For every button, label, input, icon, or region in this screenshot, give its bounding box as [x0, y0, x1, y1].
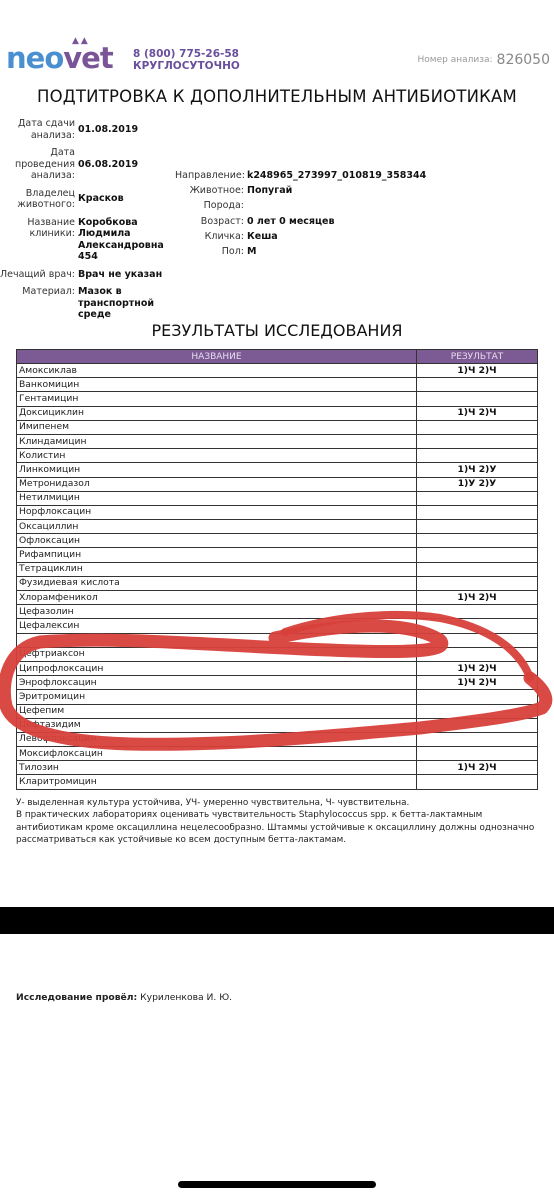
legend-notes: У- выделенная культура устойчива, УЧ- ум…	[16, 797, 546, 847]
signature: Исследование провёл: Куриленкова И. Ю.	[16, 992, 232, 1003]
phone-hours: КРУГЛОСУТОЧНО	[133, 60, 240, 72]
antibiotic-result	[417, 420, 538, 434]
antibiotic-name: Колистин	[17, 449, 417, 463]
info-value: 0 лет 0 месяцев	[247, 216, 426, 228]
table-row: Доксициклин1)Ч 2)Ч	[17, 406, 538, 420]
redaction-bar	[0, 907, 554, 934]
table-row: Норфлоксацин	[17, 505, 538, 519]
info-label: Название клиники:	[0, 217, 78, 263]
info-row: Пол:М	[175, 246, 426, 258]
info-value: Мазок в транспортной среде	[78, 286, 175, 321]
table-row: Имипенем	[17, 420, 538, 434]
signature-name: Куриленкова И. Ю.	[140, 992, 232, 1003]
table-row: Колистин	[17, 449, 538, 463]
neovet-logo: ▲▲ neovet	[6, 44, 113, 73]
info-row: Направление:k248965_273997_010819_358344	[175, 170, 426, 182]
info-label: Дата сдачи анализа:	[0, 118, 78, 141]
table-row: Цефтриаксон	[17, 647, 538, 661]
table-row: Цефепим	[17, 704, 538, 718]
antibiotic-name: Офлоксацин	[17, 534, 417, 548]
table-row: Тилозин1)Ч 2)Ч	[17, 761, 538, 775]
column-header-name: НАЗВАНИЕ	[17, 350, 417, 364]
table-row: Фузидиевая кислота	[17, 576, 538, 590]
home-indicator[interactable]	[178, 1181, 376, 1188]
antibiotic-result	[417, 378, 538, 392]
antibiotic-result	[417, 732, 538, 746]
antibiotic-result: 1)У 2)У	[417, 477, 538, 491]
antibiotic-result	[417, 747, 538, 761]
antibiotic-name: Моксифлоксацин	[17, 747, 417, 761]
antibiotic-name: Гентамицин	[17, 392, 417, 406]
table-row: Клиндамицин	[17, 434, 538, 448]
results-table: НАЗВАНИЕ РЕЗУЛЬТАТ Амоксиклав1)Ч 2)ЧВанк…	[16, 349, 538, 790]
table-row: Цефалексин	[17, 619, 538, 633]
phone-number: 8 (800) 775-26-58	[133, 48, 240, 60]
info-value: Коробкова Людмила Александровна 454	[78, 217, 175, 263]
patient-info-right: Направление:k248965_273997_010819_358344…	[175, 170, 426, 261]
info-row: Порода:	[175, 200, 426, 212]
analysis-number-label: Номер анализа:	[418, 55, 493, 65]
info-row: Животное:Попугай	[175, 185, 426, 197]
table-row: Рифампицин	[17, 548, 538, 562]
antibiotic-name: Ванкомицин	[17, 378, 417, 392]
antibiotic-name: Цефалексин	[17, 619, 417, 633]
antibiotic-name: Метронидазол	[17, 477, 417, 491]
antibiotic-name: Энрофлоксацин	[17, 676, 417, 690]
table-row: Цефтазидим	[17, 718, 538, 732]
antibiotic-name: Цефазолин	[17, 605, 417, 619]
antibiotic-name: Цефтриаксон	[17, 647, 417, 661]
antibiotic-name	[17, 633, 417, 647]
table-row: Энрофлоксацин1)Ч 2)Ч	[17, 676, 538, 690]
antibiotic-result: 1)Ч 2)Ч	[417, 591, 538, 605]
info-label: Владелец животного:	[0, 188, 78, 211]
cat-ears-icon: ▲▲	[72, 37, 90, 46]
info-row: Материал:Мазок в транспортной среде	[0, 286, 175, 321]
table-row: Моксифлоксацин	[17, 747, 538, 761]
antibiotic-result	[417, 647, 538, 661]
antibiotic-result: 1)Ч 2)У	[417, 463, 538, 477]
table-row: Левофлоксацин	[17, 732, 538, 746]
antibiotic-result	[417, 392, 538, 406]
antibiotic-name: Клиндамицин	[17, 434, 417, 448]
antibiotic-name: Тилозин	[17, 761, 417, 775]
antibiotic-result	[417, 548, 538, 562]
antibiotic-result	[417, 775, 538, 789]
antibiotic-name: Кларитромицин	[17, 775, 417, 789]
antibiotic-name: Оксациллин	[17, 520, 417, 534]
info-value: 01.08.2019	[78, 124, 175, 136]
info-row: Название клиники:Коробкова Людмила Алекс…	[0, 217, 175, 263]
patient-info-left: Дата сдачи анализа:01.08.2019Дата провед…	[0, 118, 175, 327]
table-row: Ванкомицин	[17, 378, 538, 392]
legend-note: В практических лабораториях оценивать чу…	[16, 809, 546, 846]
antibiotic-result	[417, 562, 538, 576]
info-value: Кеша	[247, 231, 426, 243]
antibiotic-name: Нетилмицин	[17, 491, 417, 505]
antibiotic-name: Тетрациклин	[17, 562, 417, 576]
antibiotic-name: Норфлоксацин	[17, 505, 417, 519]
legend-abbreviations: У- выделенная культура устойчива, УЧ- ум…	[16, 797, 546, 809]
antibiotic-result: 1)Ч 2)Ч	[417, 676, 538, 690]
antibiotic-result: 1)Ч 2)Ч	[417, 661, 538, 675]
info-label: Возраст:	[175, 216, 247, 228]
analysis-number: Номер анализа:826050	[418, 52, 550, 68]
antibiotic-name: Доксициклин	[17, 406, 417, 420]
signature-label: Исследование провёл:	[16, 992, 137, 1003]
table-row: Офлоксацин	[17, 534, 538, 548]
antibiotic-name: Хлорамфеникол	[17, 591, 417, 605]
antibiotic-result	[417, 576, 538, 590]
document-title: ПОДТИТРОВКА К ДОПОЛНИТЕЛЬНЫМ АНТИБИОТИКА…	[0, 87, 554, 106]
antibiotic-result	[417, 605, 538, 619]
antibiotic-name: Цефепим	[17, 704, 417, 718]
info-label: Лечащий врач:	[0, 269, 78, 281]
info-row: Дата проведения анализа:06.08.2019	[0, 147, 175, 182]
antibiotic-name: Фузидиевая кислота	[17, 576, 417, 590]
info-row: Лечащий врач:Врач не указан	[0, 269, 175, 281]
table-row: Эритромицин	[17, 690, 538, 704]
info-value: Попугай	[247, 185, 426, 197]
logo-text-vet: vet	[63, 41, 112, 75]
info-label: Животное:	[175, 185, 247, 197]
antibiotic-name: Левофлоксацин	[17, 732, 417, 746]
antibiotic-name: Имипенем	[17, 420, 417, 434]
logo-text-neo: neo	[6, 41, 63, 75]
table-row: Кларитромицин	[17, 775, 538, 789]
antibiotic-result	[417, 505, 538, 519]
antibiotic-result	[417, 704, 538, 718]
antibiotic-result	[417, 633, 538, 647]
table-header-row: НАЗВАНИЕ РЕЗУЛЬТАТ	[17, 350, 538, 364]
table-row: Цефазолин	[17, 605, 538, 619]
antibiotic-result	[417, 449, 538, 463]
info-row: Дата сдачи анализа:01.08.2019	[0, 118, 175, 141]
antibiotic-result: 1)Ч 2)Ч	[417, 406, 538, 420]
table-row: Нетилмицин	[17, 491, 538, 505]
table-row: Ципрофлоксацин1)Ч 2)Ч	[17, 661, 538, 675]
info-label: Дата проведения анализа:	[0, 147, 78, 182]
antibiotic-name: Амоксиклав	[17, 364, 417, 378]
antibiotic-result	[417, 534, 538, 548]
antibiotic-name: Эритромицин	[17, 690, 417, 704]
info-row: Кличка:Кеша	[175, 231, 426, 243]
antibiotic-result: 1)Ч 2)Ч	[417, 761, 538, 775]
info-value: Красков	[78, 193, 175, 205]
antibiotic-name: Цефтазидим	[17, 718, 417, 732]
table-row	[17, 633, 538, 647]
antibiotic-result	[417, 718, 538, 732]
info-value: М	[247, 246, 426, 258]
column-header-result: РЕЗУЛЬТАТ	[417, 350, 538, 364]
antibiotic-result	[417, 491, 538, 505]
results-title: РЕЗУЛЬТАТЫ ИССЛЕДОВАНИЯ	[0, 321, 554, 340]
table-row: Метронидазол1)У 2)У	[17, 477, 538, 491]
antibiotic-result: 1)Ч 2)Ч	[417, 364, 538, 378]
info-value: Врач не указан	[78, 269, 175, 281]
info-value: 06.08.2019	[78, 159, 175, 171]
antibiotic-name: Ципрофлоксацин	[17, 661, 417, 675]
antibiotic-result	[417, 690, 538, 704]
info-value: k248965_273997_010819_358344	[247, 170, 426, 182]
antibiotic-result	[417, 434, 538, 448]
table-row: Амоксиклав1)Ч 2)Ч	[17, 364, 538, 378]
table-row: Тетрациклин	[17, 562, 538, 576]
antibiotic-name: Рифампицин	[17, 548, 417, 562]
antibiotic-result	[417, 619, 538, 633]
info-row: Возраст:0 лет 0 месяцев	[175, 216, 426, 228]
info-label: Пол:	[175, 246, 247, 258]
analysis-number-value: 826050	[497, 52, 550, 68]
info-label: Направление:	[175, 170, 247, 182]
info-label: Материал:	[0, 286, 78, 321]
antibiotic-name: Линкомицин	[17, 463, 417, 477]
table-row: Хлорамфеникол1)Ч 2)Ч	[17, 591, 538, 605]
antibiotic-result	[417, 520, 538, 534]
contact-phone: 8 (800) 775-26-58 КРУГЛОСУТОЧНО	[133, 48, 240, 72]
info-label: Порода:	[175, 200, 247, 212]
table-row: Оксациллин	[17, 520, 538, 534]
table-row: Гентамицин	[17, 392, 538, 406]
info-label: Кличка:	[175, 231, 247, 243]
table-row: Линкомицин1)Ч 2)У	[17, 463, 538, 477]
info-row: Владелец животного:Красков	[0, 188, 175, 211]
